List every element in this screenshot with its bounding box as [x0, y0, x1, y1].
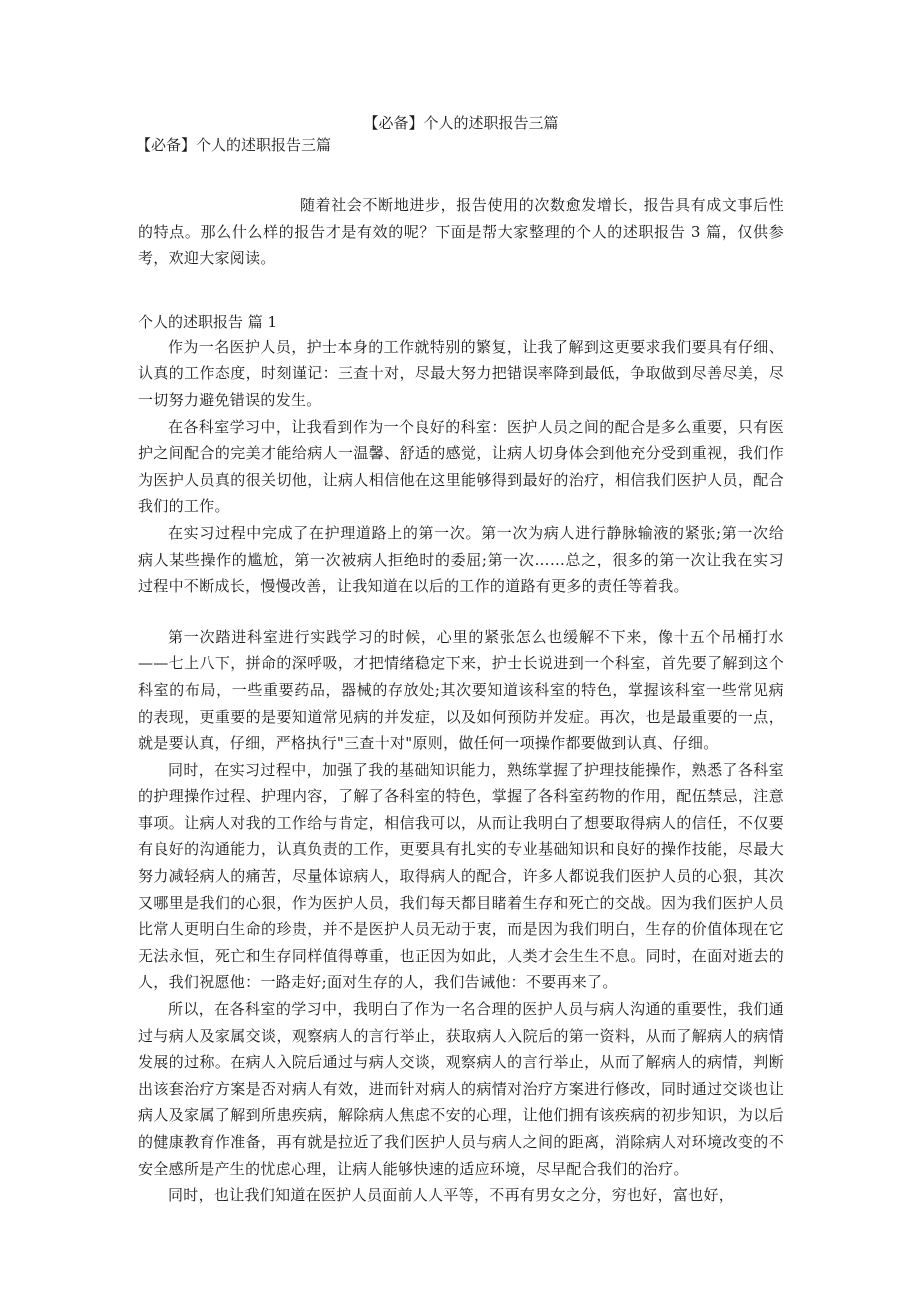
- document-page: 【必备】个人的述职报告三篇 【必备】个人的述职报告三篇 随着社会不断地进步，报告…: [138, 112, 784, 1209]
- body-paragraph: 同时，也让我们知道在医护人员面前人人平等，不再有男女之分，穷也好，富也好，: [138, 1182, 784, 1209]
- body-paragraph: 第一次踏进科室进行实践学习的时候，心里的紧张怎么也缓解不下来，像十五个吊桶打水—…: [138, 624, 784, 757]
- body-paragraph: 在各科室学习中，让我看到作为一个良好的科室：医护人员之间的配合是多么重要，只有医…: [138, 414, 784, 520]
- body-paragraph: 作为一名医护人员，护士本身的工作就特别的繁复，让我了解到这更要求我们要具有仔细、…: [138, 334, 784, 414]
- body-paragraph: 同时，在实习过程中，加强了我的基础知识能力，熟练掌握了护理技能操作，熟悉了各科室…: [138, 757, 784, 996]
- document-title: 【必备】个人的述职报告三篇: [138, 112, 784, 134]
- document-subtitle: 【必备】个人的述职报告三篇: [136, 134, 784, 156]
- body-paragraph: 所以，在各科室的学习中，我明白了作为一名合理的医护人员与病人沟通的重要性，我们通…: [138, 996, 784, 1182]
- body-paragraph: 在实习过程中完成了在护理道路上的第一次。第一次为病人进行静脉输液的紧张;第一次给…: [138, 520, 784, 600]
- paragraph-spacer: [138, 600, 784, 624]
- section-heading: 个人的述职报告 篇 1: [138, 310, 784, 334]
- intro-paragraph: 随着社会不断地进步，报告使用的次数愈发增长，报告具有成文事后性的特点。那么什么样…: [138, 192, 784, 272]
